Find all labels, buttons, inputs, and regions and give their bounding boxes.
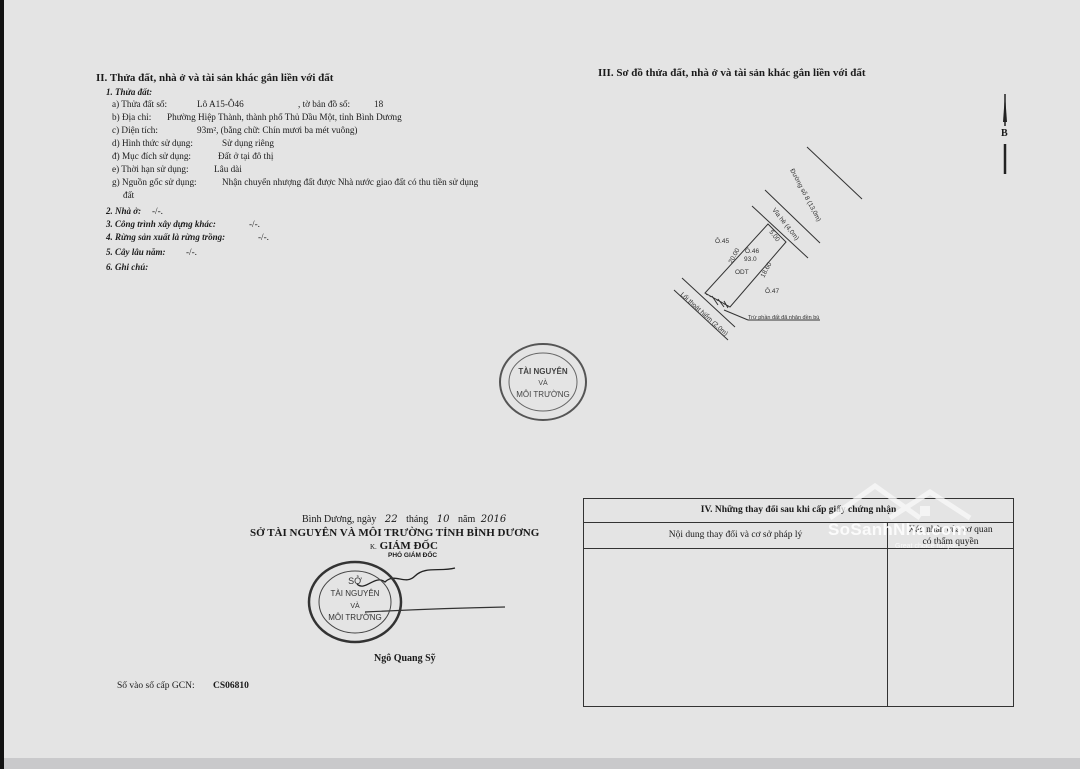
signer-title: K. GIÁM ĐỐC: [370, 540, 438, 552]
diagram-neighbor-left: Ô.45: [715, 236, 729, 245]
stamp-line1: SỞ: [348, 575, 362, 586]
map-sheet-label: , tờ bản đồ số:: [298, 99, 350, 109]
diagram-parcel-id: Ô.46: [745, 246, 759, 255]
item-house-value: -/-.: [152, 206, 163, 216]
signer-name: Ngô Quang Sỹ: [374, 653, 436, 664]
land-plot-diagram: Đường số 8 (13,0m) Vỉa hè (4,0m) 5.00 Ô.…: [660, 130, 890, 350]
item-house-label: 2. Nhà ở:: [106, 206, 141, 216]
north-label: B: [1001, 128, 1008, 139]
field-use-form-label: d) Hình thức sử dụng:: [112, 138, 193, 148]
signer-title-prefix: K.: [370, 543, 377, 551]
diagram-parcel-area: 93.0: [744, 256, 757, 263]
item-perennial-label: 5. Cây lâu năm:: [106, 247, 166, 257]
field-label: a) Thửa đất số:: [112, 99, 167, 109]
field-origin-value-cont: đất: [123, 190, 134, 200]
section-2-title: II. Thửa đất, nhà ở và tài sản khác gắn …: [96, 72, 333, 84]
field-origin-value: Nhận chuyển nhượng đất được Nhà nước gia…: [222, 177, 478, 187]
diagram-note: Trừ phần đất đã nhận đền bù: [748, 315, 819, 321]
parcel-heading: 1. Thửa đất:: [106, 87, 152, 97]
stamp-top-line1: TÀI NGUYÊN: [518, 367, 568, 376]
diagram-land-code: ODT: [735, 269, 749, 276]
date-month: 10: [431, 514, 456, 525]
field-area-value: 93m², (bằng chữ: Chín mươi ba mét vuông): [197, 125, 357, 135]
date-year-label: năm: [458, 514, 475, 525]
place-date: Bình Dương, ngày 22 tháng 10 năm 2016: [302, 514, 506, 525]
official-stamp-signature: SỞ TÀI NGUYÊN VÀ MÔI TRƯỜNG: [305, 560, 405, 644]
diagram-dim-side-right: 18.60: [760, 261, 774, 279]
field-area-label: c) Diện tích:: [112, 125, 158, 135]
field-use-form-value: Sử dụng riêng: [222, 138, 274, 148]
watermark-tagline: Great choice for you: [895, 543, 958, 550]
signer-subtitle: PHÓ GIÁM ĐỐC: [388, 552, 437, 559]
place-date-prefix: Bình Dương, ngày: [302, 514, 376, 525]
field-purpose-value: Đất ở tại đô thị: [218, 151, 273, 161]
field-parcel-no: a) Thửa đất số:: [112, 99, 167, 109]
item-forest-label: 4. Rừng sản xuất là rừng trồng:: [106, 232, 225, 242]
date-year: 2016: [478, 514, 506, 525]
issuing-org: SỞ TÀI NGUYÊN VÀ MÔI TRƯỜNG TỈNH BÌNH DƯ…: [250, 527, 539, 539]
date-month-label: tháng: [406, 514, 428, 525]
stamp-top-line3: MÔI TRƯỜNG: [516, 390, 570, 399]
watermark-brand: SoSanhNha.com: [828, 520, 967, 540]
field-term-value: Lâu dài: [214, 164, 242, 174]
signer-title-text: GIÁM ĐỐC: [380, 540, 438, 552]
field-address-label: b) Địa chỉ:: [112, 112, 151, 122]
field-purpose-label: đ) Mục đích sử dụng:: [112, 151, 191, 161]
stamp-line3: VÀ: [350, 601, 360, 610]
diagram-road-main: Đường số 8 (13,0m): [788, 167, 824, 223]
registry-number: CS06810: [213, 681, 249, 691]
field-parcel-no-value: Lô A15-Ô46: [197, 99, 244, 109]
field-address-value: Phường Hiệp Thành, thành phố Thủ Dầu Một…: [167, 112, 402, 122]
stamp-line4: MÔI TRƯỜNG: [328, 613, 382, 622]
item-perennial-value: -/-.: [186, 247, 197, 257]
date-day: 22: [379, 514, 404, 525]
field-origin-label: g) Nguồn gốc sử dụng:: [112, 177, 197, 187]
diagram-neighbor-right: Ô.47: [765, 286, 779, 295]
stamp-line2: TÀI NGUYÊN: [331, 589, 380, 598]
registry-label: Số vào sổ cấp GCN:: [117, 681, 195, 691]
stamp-top-line2: VÀ: [538, 378, 548, 387]
diagram-lane: Lối thoát hiểm (2,0m): [679, 290, 731, 338]
field-term-label: e) Thời hạn sử dụng:: [112, 164, 189, 174]
item-other-works-label: 3. Công trình xây dựng khác:: [106, 219, 216, 229]
official-stamp-top: TÀI NGUYÊN VÀ MÔI TRƯỜNG: [497, 341, 589, 423]
item-other-works-value: -/-.: [249, 219, 260, 229]
section-3-title: III. Sơ đồ thửa đất, nhà ở và tài sản kh…: [598, 67, 866, 79]
item-notes-label: 6. Ghi chú:: [106, 262, 148, 272]
item-forest-value: -/-.: [258, 232, 269, 242]
map-sheet-value: 18: [374, 99, 383, 109]
